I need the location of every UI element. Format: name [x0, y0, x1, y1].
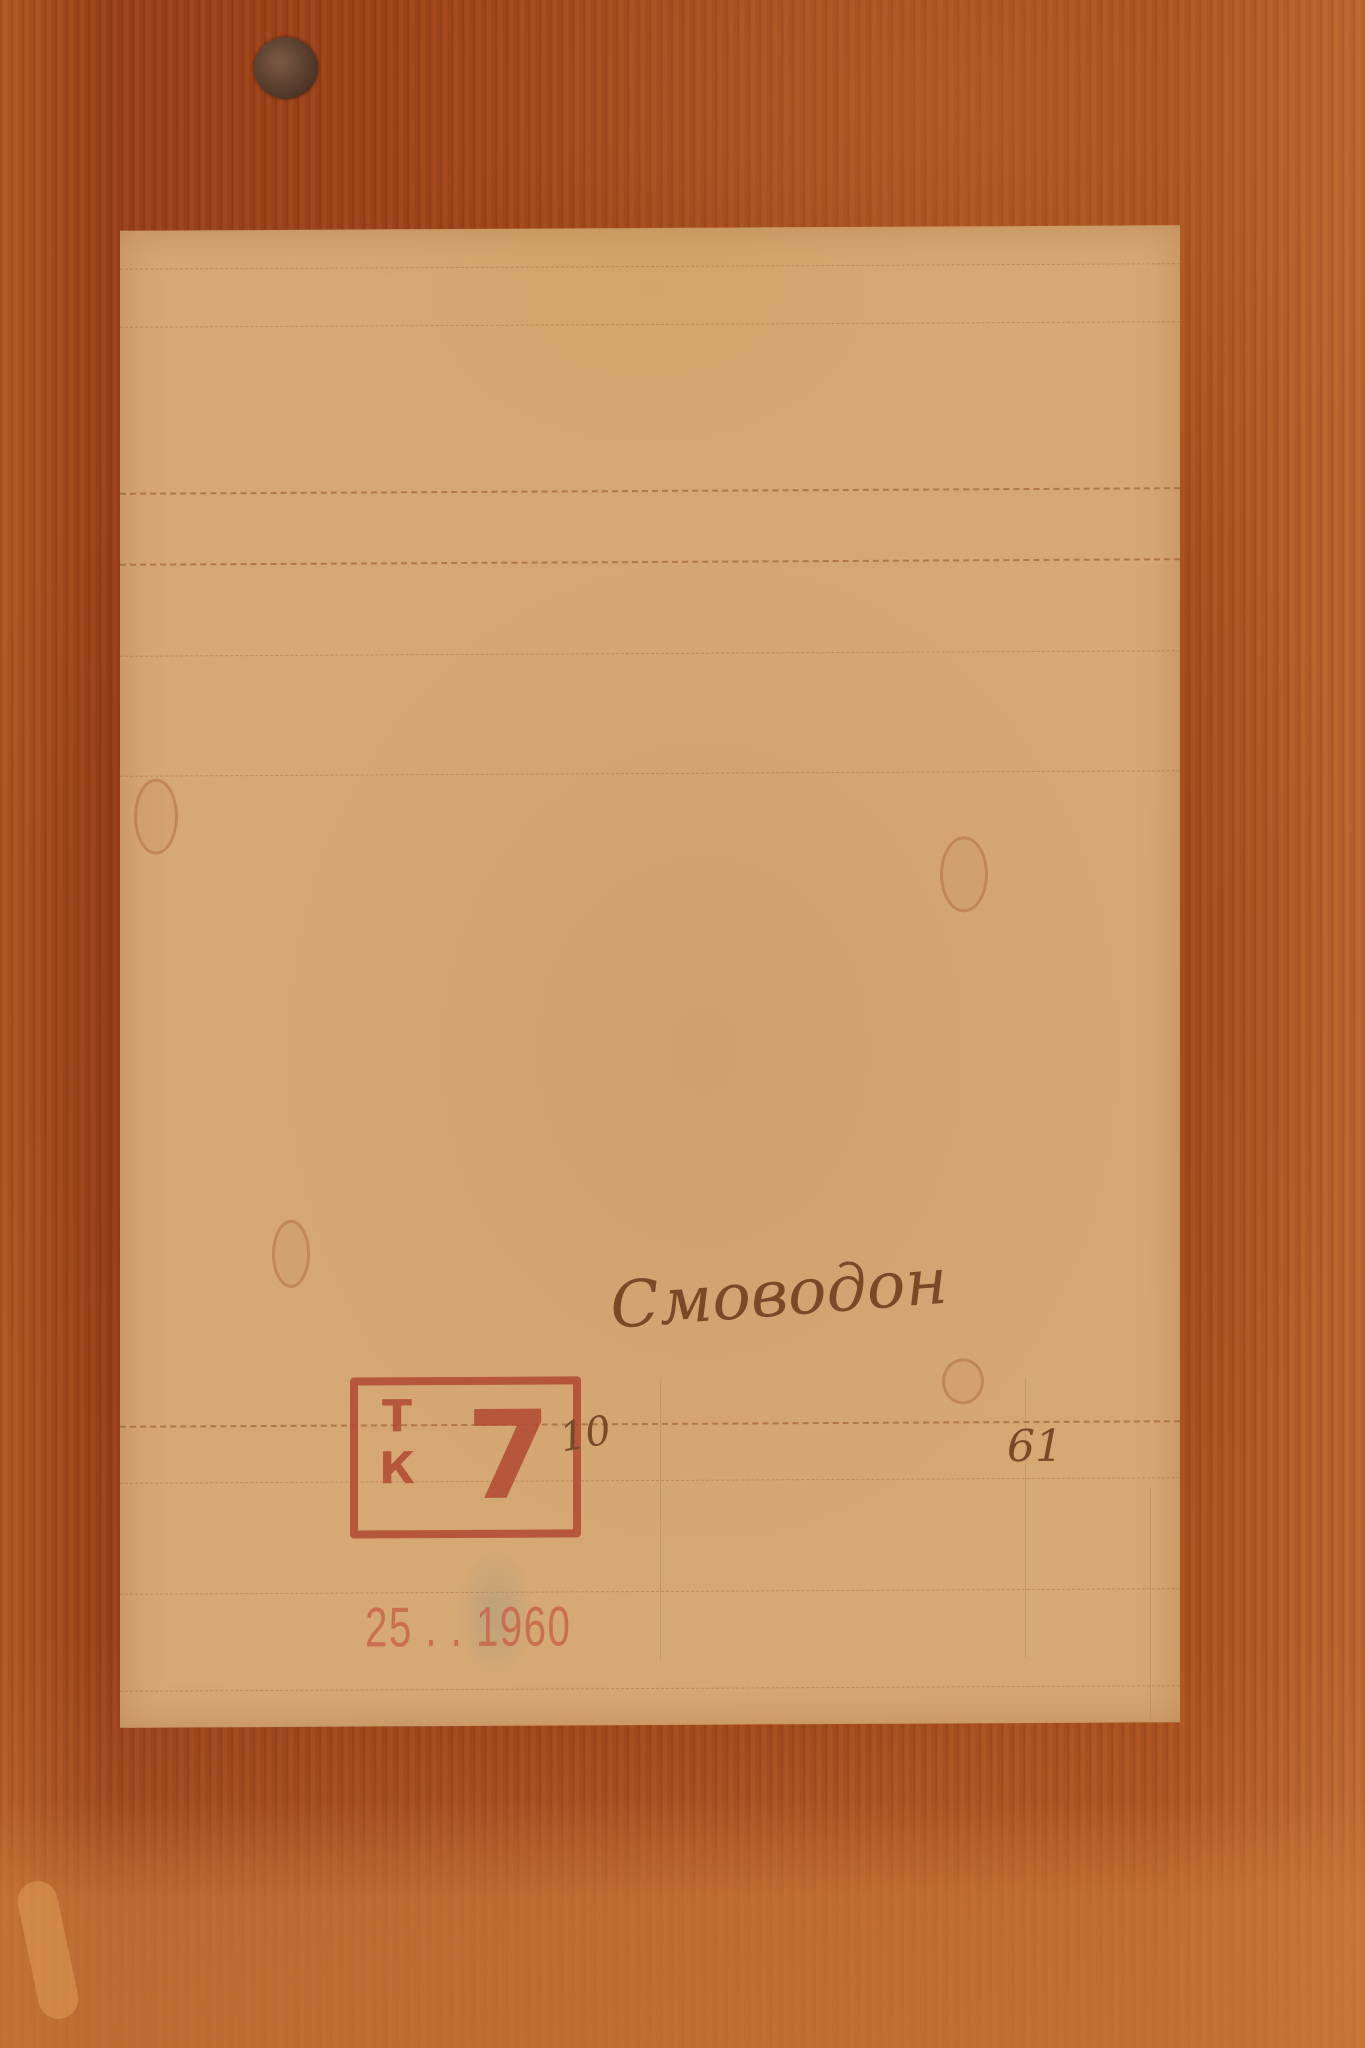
inventory-stamp: Т К 7 [350, 1376, 581, 1538]
stamp-letter-k: К [372, 1443, 422, 1495]
ruled-line [120, 650, 1180, 657]
water-stain [942, 1358, 984, 1404]
table-divider [660, 1380, 661, 1660]
water-stain [940, 836, 988, 912]
paper-label: Т К 7 10 Смоводон 61 25 . . 1960 [120, 225, 1180, 1728]
ruled-line [120, 1685, 1180, 1692]
ruled-line [120, 321, 1180, 328]
ruled-line [120, 558, 1180, 566]
stamp-letter-t: Т [372, 1391, 422, 1443]
stamp-letters: Т К [372, 1391, 422, 1495]
ruled-line [120, 770, 1180, 777]
date-stamp: 25 . . 1960 [365, 1593, 571, 1659]
stamp-number: 7 [466, 1381, 551, 1531]
ruled-line [120, 1588, 1180, 1595]
ruled-line [120, 263, 1180, 270]
ruled-line [120, 1477, 1180, 1484]
table-divider [1150, 1487, 1151, 1717]
wood-lighter-lower-area [0, 1800, 1365, 2048]
water-stain [134, 778, 178, 854]
nail-head [254, 37, 318, 99]
ruled-line [120, 487, 1180, 495]
water-stain [272, 1220, 310, 1288]
stamp-annotation: 10 [556, 1407, 614, 1461]
catalog-number: 61 [1007, 1421, 1063, 1472]
handwritten-signature: Смоводон [608, 1245, 950, 1344]
